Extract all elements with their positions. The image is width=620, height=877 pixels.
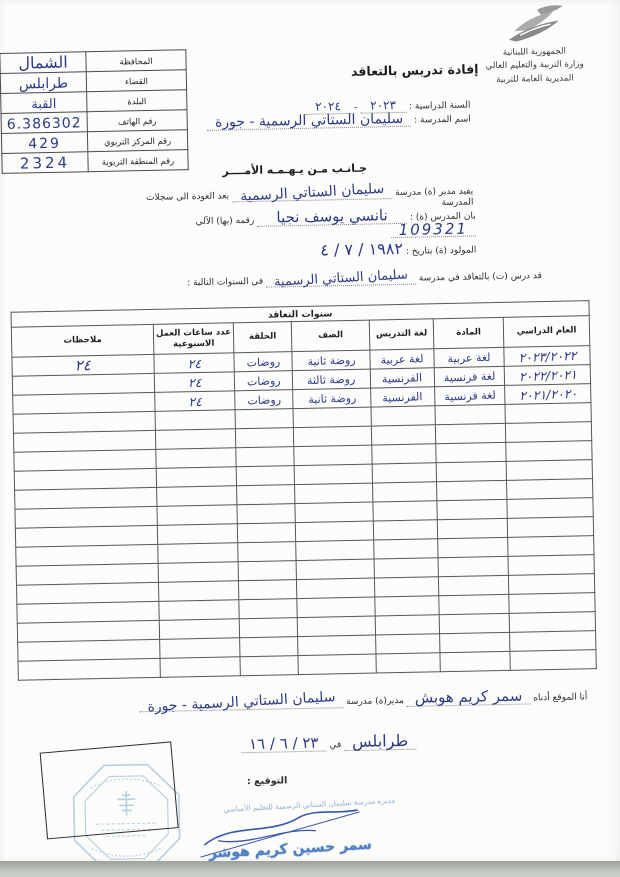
column-header: العام الدراسي xyxy=(503,316,590,348)
table-cell xyxy=(438,575,508,595)
handwritten-cell-value: لغة عربية xyxy=(447,350,490,365)
table-row: رقم المنطقة التربوية 2324 xyxy=(2,150,188,174)
line2-mid: رقمه (بها) الآلي xyxy=(195,216,254,227)
handwritten-cell-value: لغة فرنسية xyxy=(443,369,495,384)
table-cell xyxy=(439,594,509,614)
table-cell xyxy=(295,502,373,523)
footer-name-blank: سمر كريم هوبش xyxy=(407,689,531,706)
handwritten-cell-value: ٢٠٢١/٢٠٢٠ xyxy=(519,385,577,402)
table-cell: ٢٤ xyxy=(155,391,235,412)
table-cell xyxy=(155,410,235,431)
birthdate-hand: ١٩٨٢ / ٧ / ٤ xyxy=(320,239,403,260)
table-cell: روضة ثانية xyxy=(292,350,370,371)
table-cell xyxy=(509,593,595,614)
info-value: القبة xyxy=(1,92,87,114)
scanned-document-page: { "header": { "ministry": { "line1": "ال… xyxy=(0,0,620,877)
director-name-hand: سمر كريم هوبش xyxy=(415,687,523,707)
table-cell xyxy=(438,537,508,557)
table-cell xyxy=(371,425,435,445)
handwritten-cell-value: ٢٠٢٣/٢٠٢٢ xyxy=(518,347,576,364)
table-cell xyxy=(507,517,593,538)
table-cell: روضات xyxy=(234,352,292,372)
taught-line: قد درس (ت) بالتعاقد في مدرسة سليمان الست… xyxy=(27,269,542,292)
table-cell xyxy=(375,615,439,635)
table-cell xyxy=(238,580,296,600)
info-value: طرابلس xyxy=(0,72,86,94)
table-cell xyxy=(297,597,375,618)
table-cell xyxy=(510,631,596,652)
table-cell xyxy=(438,556,508,576)
handwritten-cell-value: ٢٤ xyxy=(75,356,92,375)
handwritten-value: الشمال xyxy=(18,53,68,73)
table-cell xyxy=(507,479,593,500)
table-cell xyxy=(298,654,376,675)
table-cell xyxy=(236,447,294,467)
school-name-label: اسم المدرسة : xyxy=(414,115,471,126)
table-cell xyxy=(296,559,374,580)
table-cell xyxy=(155,429,235,450)
in-label: في xyxy=(329,740,341,750)
table-cell xyxy=(295,521,373,542)
teacher-name-hand: نانسي يوسف نجيا xyxy=(276,206,388,226)
table-cell: روضات xyxy=(235,390,293,410)
table-cell xyxy=(374,539,438,559)
handwritten-cell-value: روضات xyxy=(246,374,280,388)
school-name-hand: سليمان الستاتي الرسمية - جورة xyxy=(215,111,403,131)
table-cell xyxy=(235,428,293,448)
table-cell xyxy=(158,562,238,583)
table-cell xyxy=(373,520,437,540)
document-content: الجمهورية اللبنانية وزارة التربية والتعل… xyxy=(0,0,620,877)
table-cell xyxy=(373,501,437,521)
date-blank: ٢٣ / ٦ / ١٦ xyxy=(241,737,327,753)
handwritten-center-number: 429 xyxy=(28,136,61,153)
table-cell xyxy=(237,504,295,524)
table-cell xyxy=(239,599,297,619)
table-cell xyxy=(159,619,239,640)
table-cell: لغة عربية xyxy=(434,347,504,367)
table-cell xyxy=(18,658,160,680)
table-cell xyxy=(293,426,371,447)
table-cell xyxy=(236,466,294,486)
handwritten-phone: 6.386302 xyxy=(7,115,82,132)
table-cell: لغة عربية xyxy=(370,349,434,369)
table-cell xyxy=(240,637,298,657)
table-cell xyxy=(506,441,592,462)
table-cell xyxy=(509,612,595,633)
place-hand: طرابلس xyxy=(352,731,409,751)
table-cell xyxy=(436,461,506,481)
contract-table-body: سنوات التعاقد العام الدراسيالمادةلغة الت… xyxy=(11,301,596,681)
to-whom-heading: جـانـب مـن يـهـمـه الأمــــر xyxy=(175,161,415,179)
birthdate-line: المولود (ة) بتاريخ : ١٩٨٢ / ٧ / ٤ xyxy=(276,237,476,260)
handwritten-cell-value: روضة ثانية xyxy=(308,391,357,406)
signature-label: التوقيع : xyxy=(247,775,288,787)
table-cell xyxy=(435,423,505,443)
handwritten-cell-value: الفرنسية xyxy=(382,371,423,385)
table-cell xyxy=(158,543,238,564)
column-header: لغة التدريس xyxy=(369,319,434,350)
table-cell xyxy=(156,448,236,469)
table-cell xyxy=(157,486,237,507)
table-cell xyxy=(373,482,437,502)
table-cell: الفرنسية xyxy=(371,387,435,407)
scan-edge-band xyxy=(0,861,620,877)
handwritten-cell-value: روضة ثالثة xyxy=(307,372,356,387)
table-cell xyxy=(297,616,375,637)
table-cell xyxy=(371,406,435,426)
school-name-line: اسم المدرسة : سليمان الستاتي الرسمية - ج… xyxy=(174,113,471,132)
table-cell xyxy=(296,540,374,561)
table-cell xyxy=(237,485,295,505)
table-cell xyxy=(237,523,295,543)
table-cell: ٢٠٢٢/٢٠٢١ xyxy=(504,365,590,386)
table-cell xyxy=(235,409,293,429)
table-cell xyxy=(296,578,374,599)
table-cell xyxy=(437,499,507,519)
table-cell xyxy=(505,403,591,424)
table-cell xyxy=(372,463,436,483)
line4-school-hand: سليمان الستاتي الرسمية xyxy=(274,269,408,287)
handwritten-value: طرابلس xyxy=(19,76,68,93)
table-cell xyxy=(506,460,592,481)
table-cell xyxy=(435,404,505,424)
table-cell xyxy=(374,577,438,597)
handwritten-cell-value: ٢٤ xyxy=(187,374,201,389)
footer-mid: مدير(ة) مدرسة xyxy=(346,696,404,707)
table-cell: الفرنسية xyxy=(370,368,434,388)
table-cell xyxy=(375,596,439,616)
contract-years-table: سنوات التعاقد العام الدراسيالمادةلغة الت… xyxy=(11,300,597,681)
table-cell xyxy=(440,651,510,671)
table-cell: ٢٤ xyxy=(154,372,234,393)
column-header: عدد ساعات العمل الاسبوعية xyxy=(153,323,234,355)
column-header: ملاحظات xyxy=(11,324,154,357)
handwritten-cell-value: ٢٤ xyxy=(188,393,202,408)
info-label: القضاء xyxy=(86,70,186,92)
ministry-logo-icon xyxy=(497,4,570,47)
column-header: الصف xyxy=(291,320,370,352)
stamp-frame-box xyxy=(40,741,179,839)
handwritten-value: القبة xyxy=(31,97,56,112)
table-cell xyxy=(240,656,298,676)
table-cell xyxy=(159,600,239,621)
location-info-table: المحافظة الشمال القضاء طرابلس البلدة الق… xyxy=(0,49,189,174)
footer-prefix: أنا الموقع أدناه xyxy=(533,692,587,703)
document-title: إفادة تدريس بالتعاقد xyxy=(341,61,489,79)
date-hand: ٢٣ / ٦ / ١٦ xyxy=(249,737,319,751)
table-cell xyxy=(510,650,596,671)
table-cell xyxy=(437,518,507,538)
table-cell xyxy=(508,555,594,576)
table-cell xyxy=(298,635,376,656)
info-value: 6.386302 xyxy=(1,112,87,134)
table-cell: روضة ثالثة xyxy=(292,369,370,390)
table-cell xyxy=(160,657,240,678)
table-cell xyxy=(437,480,507,500)
table-cell xyxy=(238,561,296,581)
table-cell xyxy=(374,558,438,578)
info-value: 2324 xyxy=(2,152,88,174)
table-cell xyxy=(159,581,239,602)
school-name-blank: سليمان الستاتي الرسمية - جورة xyxy=(207,114,411,131)
table-cell xyxy=(295,483,373,504)
table-cell xyxy=(156,467,236,488)
school-year-label: السنة الدراسية : xyxy=(409,101,471,112)
line1-blank: سليمان الستاتي الرسمية xyxy=(232,186,392,202)
table-cell xyxy=(157,524,237,545)
table-cell xyxy=(376,653,440,673)
line4-prefix: قد درس (ت) بالتعاقد في مدرسة xyxy=(419,271,542,283)
table-cell xyxy=(294,464,372,485)
table-cell: روضات xyxy=(234,371,292,391)
table-cell: لغة فرنسية xyxy=(434,366,504,386)
table-cell xyxy=(293,407,371,428)
table-cell: ٢٠٢٣/٢٠٢٢ xyxy=(504,346,590,367)
table-cell xyxy=(505,422,591,443)
line2-blank: نانسي يوسف نجيا xyxy=(257,209,407,227)
handwritten-cell-value: روضات xyxy=(246,355,280,369)
info-label: البلدة xyxy=(87,90,187,112)
signatory-line: أنا الموقع أدناه سمر كريم هوبش مدير(ة) م… xyxy=(27,688,587,714)
info-label: رقم الهاتف xyxy=(87,110,187,132)
table-cell xyxy=(507,498,593,519)
table-cell: لغة فرنسية xyxy=(435,385,505,405)
column-header: المادة xyxy=(433,317,504,348)
handwritten-cell-value: ٢٠٢٢/٢٠٢١ xyxy=(518,366,576,383)
table-cell xyxy=(508,574,594,595)
line2-number-blank: 109321 xyxy=(391,222,477,238)
info-value: 429 xyxy=(1,132,87,154)
table-cell xyxy=(439,613,509,633)
place-date-line: طرابلس في ٢٣ / ٦ / ١٦ xyxy=(166,734,416,755)
place-blank: طرابلس xyxy=(344,734,416,751)
handwritten-cell-value: ٢٤ xyxy=(187,355,201,370)
table-cell xyxy=(436,442,506,462)
table-cell xyxy=(376,634,440,654)
handwritten-cell-value: لغة فرنسية xyxy=(444,388,496,403)
table-cell xyxy=(294,445,372,466)
handwritten-cell-value: لغة عربية xyxy=(380,352,423,367)
handwritten-district-number: 2324 xyxy=(20,154,71,173)
info-label: رقم المركز التربوي xyxy=(87,130,187,152)
table-cell xyxy=(157,505,237,526)
table-cell xyxy=(440,632,510,652)
table-cell xyxy=(372,444,436,464)
footer-school-hand: سليمان الستاتي الرسمية - جورة xyxy=(147,692,336,714)
column-header: الحلقة xyxy=(233,322,292,353)
teacher-id-hand: 109321 xyxy=(399,222,469,236)
table-cell xyxy=(239,618,297,638)
line4-blank: سليمان الستاتي الرسمية xyxy=(266,272,416,288)
info-label: المحافظة xyxy=(86,50,186,72)
table-cell xyxy=(238,542,296,562)
line4-suffix: في السنوات التالية : xyxy=(187,277,263,289)
handwritten-cell-value: روضات xyxy=(247,393,281,407)
table-cell xyxy=(508,536,594,557)
line1-school-hand: سليمان الستاتي الرسمية xyxy=(240,184,385,204)
handwritten-cell-value: الفرنسية xyxy=(383,390,424,404)
info-label: رقم المنطقة التربوية xyxy=(88,150,188,172)
table-cell: روضة ثانية xyxy=(293,388,371,409)
info-value: الشمال xyxy=(0,52,86,74)
footer-school-blank: سليمان الستاتي الرسمية - جورة xyxy=(139,695,343,712)
table-cell: ٢٤ xyxy=(154,353,234,374)
line1-prefix: يفيد مدير (ة) مدرسة xyxy=(395,186,473,198)
table-cell xyxy=(160,638,240,659)
table-cell: ٢٠٢١/٢٠٢٠ xyxy=(505,384,591,405)
line3-prefix: المولود (ة) بتاريخ : xyxy=(406,245,477,256)
handwritten-cell-value: روضة ثانية xyxy=(307,353,356,368)
